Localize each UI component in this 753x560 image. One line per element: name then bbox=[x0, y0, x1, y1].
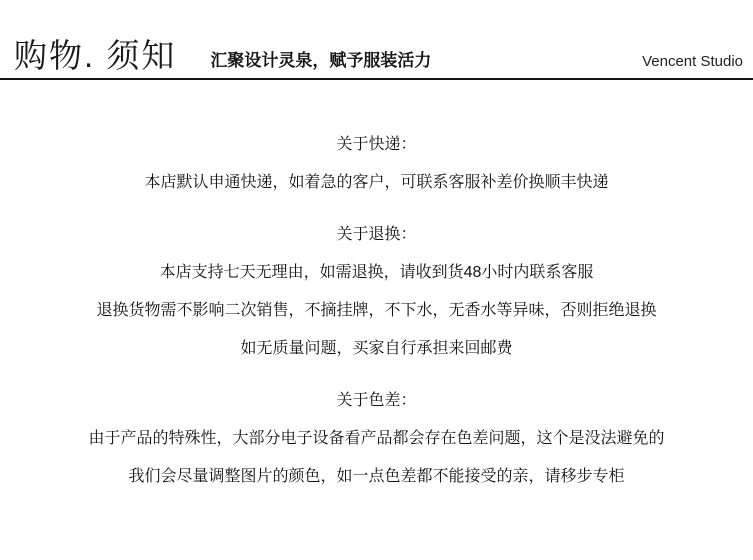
page-title: 购物. 须知 bbox=[14, 39, 176, 72]
page-header: 购物. 须知 汇聚设计灵泉，赋予服装活力 Vencent Studio bbox=[0, 0, 753, 80]
section-shipping: 关于快递： 本店默认申通快递，如着急的客户，可联系客服补差价换顺丰快递 bbox=[0, 136, 753, 191]
notice-line: 由于产品的特殊性，大部分电子设备看产品都会存在色差问题，这个是没法避免的 bbox=[0, 430, 753, 447]
shopping-notice-page: 购物. 须知 汇聚设计灵泉，赋予服装活力 Vencent Studio 关于快递… bbox=[0, 0, 753, 560]
notice-body: 关于快递： 本店默认申通快递，如着急的客户，可联系客服补差价换顺丰快递 关于退换… bbox=[0, 80, 753, 485]
header-tagline: 汇聚设计灵泉，赋予服装活力 bbox=[210, 52, 431, 72]
section-color-difference: 关于色差： 由于产品的特殊性，大部分电子设备看产品都会存在色差问题，这个是没法避… bbox=[0, 392, 753, 485]
notice-line: 退换货物需不影响二次销售，不摘挂牌，不下水，无香水等异味，否则拒绝退换 bbox=[0, 302, 753, 319]
notice-line: 本店默认申通快递，如着急的客户，可联系客服补差价换顺丰快递 bbox=[0, 174, 753, 191]
section-heading: 关于色差： bbox=[0, 392, 753, 409]
notice-line: 本店支持七天无理由，如需退换，请收到货48小时内联系客服 bbox=[0, 264, 753, 281]
brand-name: Vencent Studio bbox=[642, 54, 743, 72]
section-returns: 关于退换： 本店支持七天无理由，如需退换，请收到货48小时内联系客服 退换货物需… bbox=[0, 226, 753, 357]
section-heading: 关于快递： bbox=[0, 136, 753, 153]
notice-line: 我们会尽量调整图片的颜色，如一点色差都不能接受的亲，请移步专柜 bbox=[0, 468, 753, 485]
section-heading: 关于退换： bbox=[0, 226, 753, 243]
notice-line: 如无质量问题，买家自行承担来回邮费 bbox=[0, 340, 753, 357]
